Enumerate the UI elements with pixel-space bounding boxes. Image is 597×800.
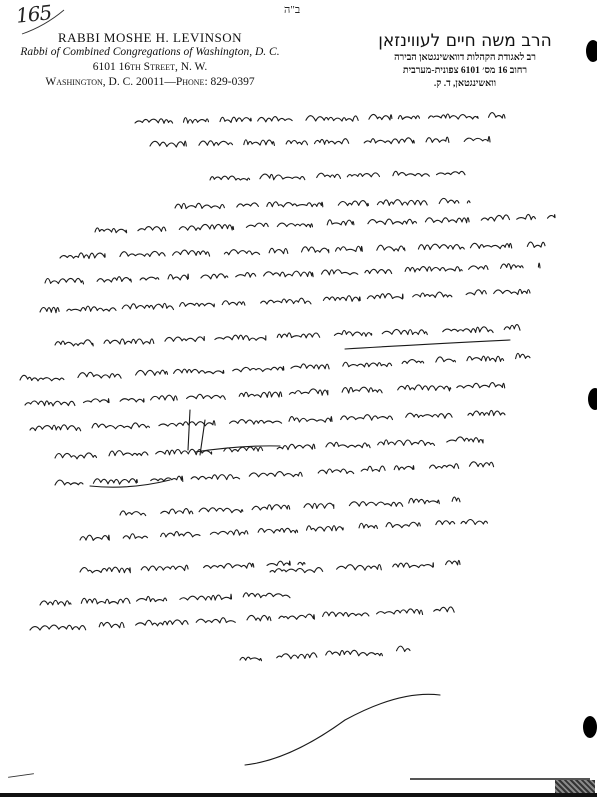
scan-bottom-edge: [0, 793, 597, 797]
scan-corner-noise: [555, 780, 595, 794]
letter-page: 165 ב"ה RABBI MOSHE H. LEVINSON Rabbi of…: [0, 0, 597, 800]
handwritten-body: [0, 0, 597, 800]
